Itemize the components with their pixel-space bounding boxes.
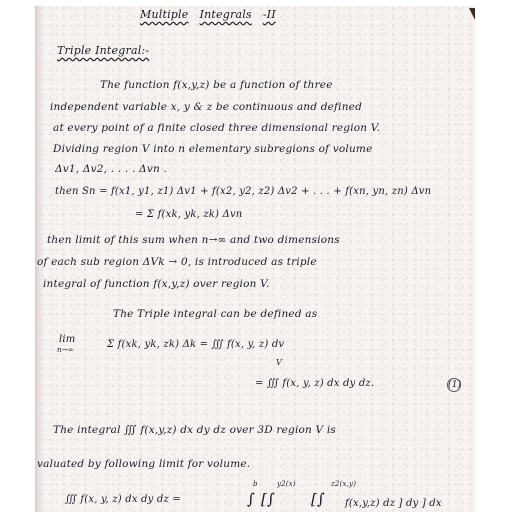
equation-number: (1) (447, 378, 461, 392)
sigma-sum-equation: = Σ f(xk, yk, zk) Δvn (135, 209, 242, 220)
page-corner-mark (469, 8, 475, 20)
iterated-integral-lhs: ∭ f(x, y, z) dx dy dz = (65, 494, 181, 505)
paragraph-3-line-1: The integral ∭ f(x,y,z) dx dy dz over 3D… (53, 424, 336, 436)
inner-integral-sign: [∫ (311, 490, 325, 508)
paragraph-1-line-4: Dividing region V into n elementary subr… (53, 143, 373, 155)
title-word-multiple: Multiple (140, 8, 188, 21)
riemann-sum-equation: then Sn = f(x1, y1, z1) Δv1 + f(x2, y2, … (55, 186, 431, 197)
paragraph-2-line-2: of each sub region ΔVk → 0, is introduce… (37, 256, 317, 268)
middle-upper-limit: y2(x) (277, 480, 296, 488)
limit-subscript: n→∞ (57, 346, 74, 354)
outer-integral-sign: ∫ (247, 490, 255, 508)
paragraph-2-line-3: integral of function f(x,y,z) over regio… (43, 278, 270, 290)
limit-label: lim (59, 334, 75, 345)
inner-upper-limit: z2(x,y) (331, 480, 356, 488)
page-title: Multiple Integrals -II (140, 8, 276, 21)
paragraph-3-line-2: valuated by following limit for volume. (37, 458, 250, 470)
title-word-integrals: Integrals (200, 8, 252, 21)
middle-integral-sign: [∫ (261, 490, 275, 508)
paragraph-1-line-1: The function f(x,y,z) be a function of t… (100, 79, 333, 91)
section-heading: Triple Integral:- (57, 44, 149, 57)
outer-upper-limit: b (253, 480, 258, 488)
triple-integral-dxdydz: = ∭ f(x, y, z) dx dy dz. (255, 378, 374, 389)
paragraph-1-line-5: Δv1, Δv2, . . . . Δvn . (55, 163, 167, 175)
title-numeral: -II (263, 8, 276, 21)
iterated-integrand: f(x,y,z) dz ] dy ] dx (345, 498, 442, 509)
paragraph-2-line-1: then limit of this sum when n→∞ and two … (47, 234, 340, 246)
region-subscript: V (276, 358, 282, 367)
paragraph-1-line-2: independent variable x, y & z be continu… (50, 101, 362, 113)
notebook-page: Multiple Integrals -II Triple Integral:-… (35, 6, 475, 512)
triple-integral-definition: Σ f(xk, yk, zk) Δk = ∭ f(x, y, z) dv (107, 339, 284, 350)
definition-intro: The Triple integral can be defined as (113, 308, 317, 320)
paragraph-1-line-3: at every point of a finite closed three … (53, 122, 380, 134)
